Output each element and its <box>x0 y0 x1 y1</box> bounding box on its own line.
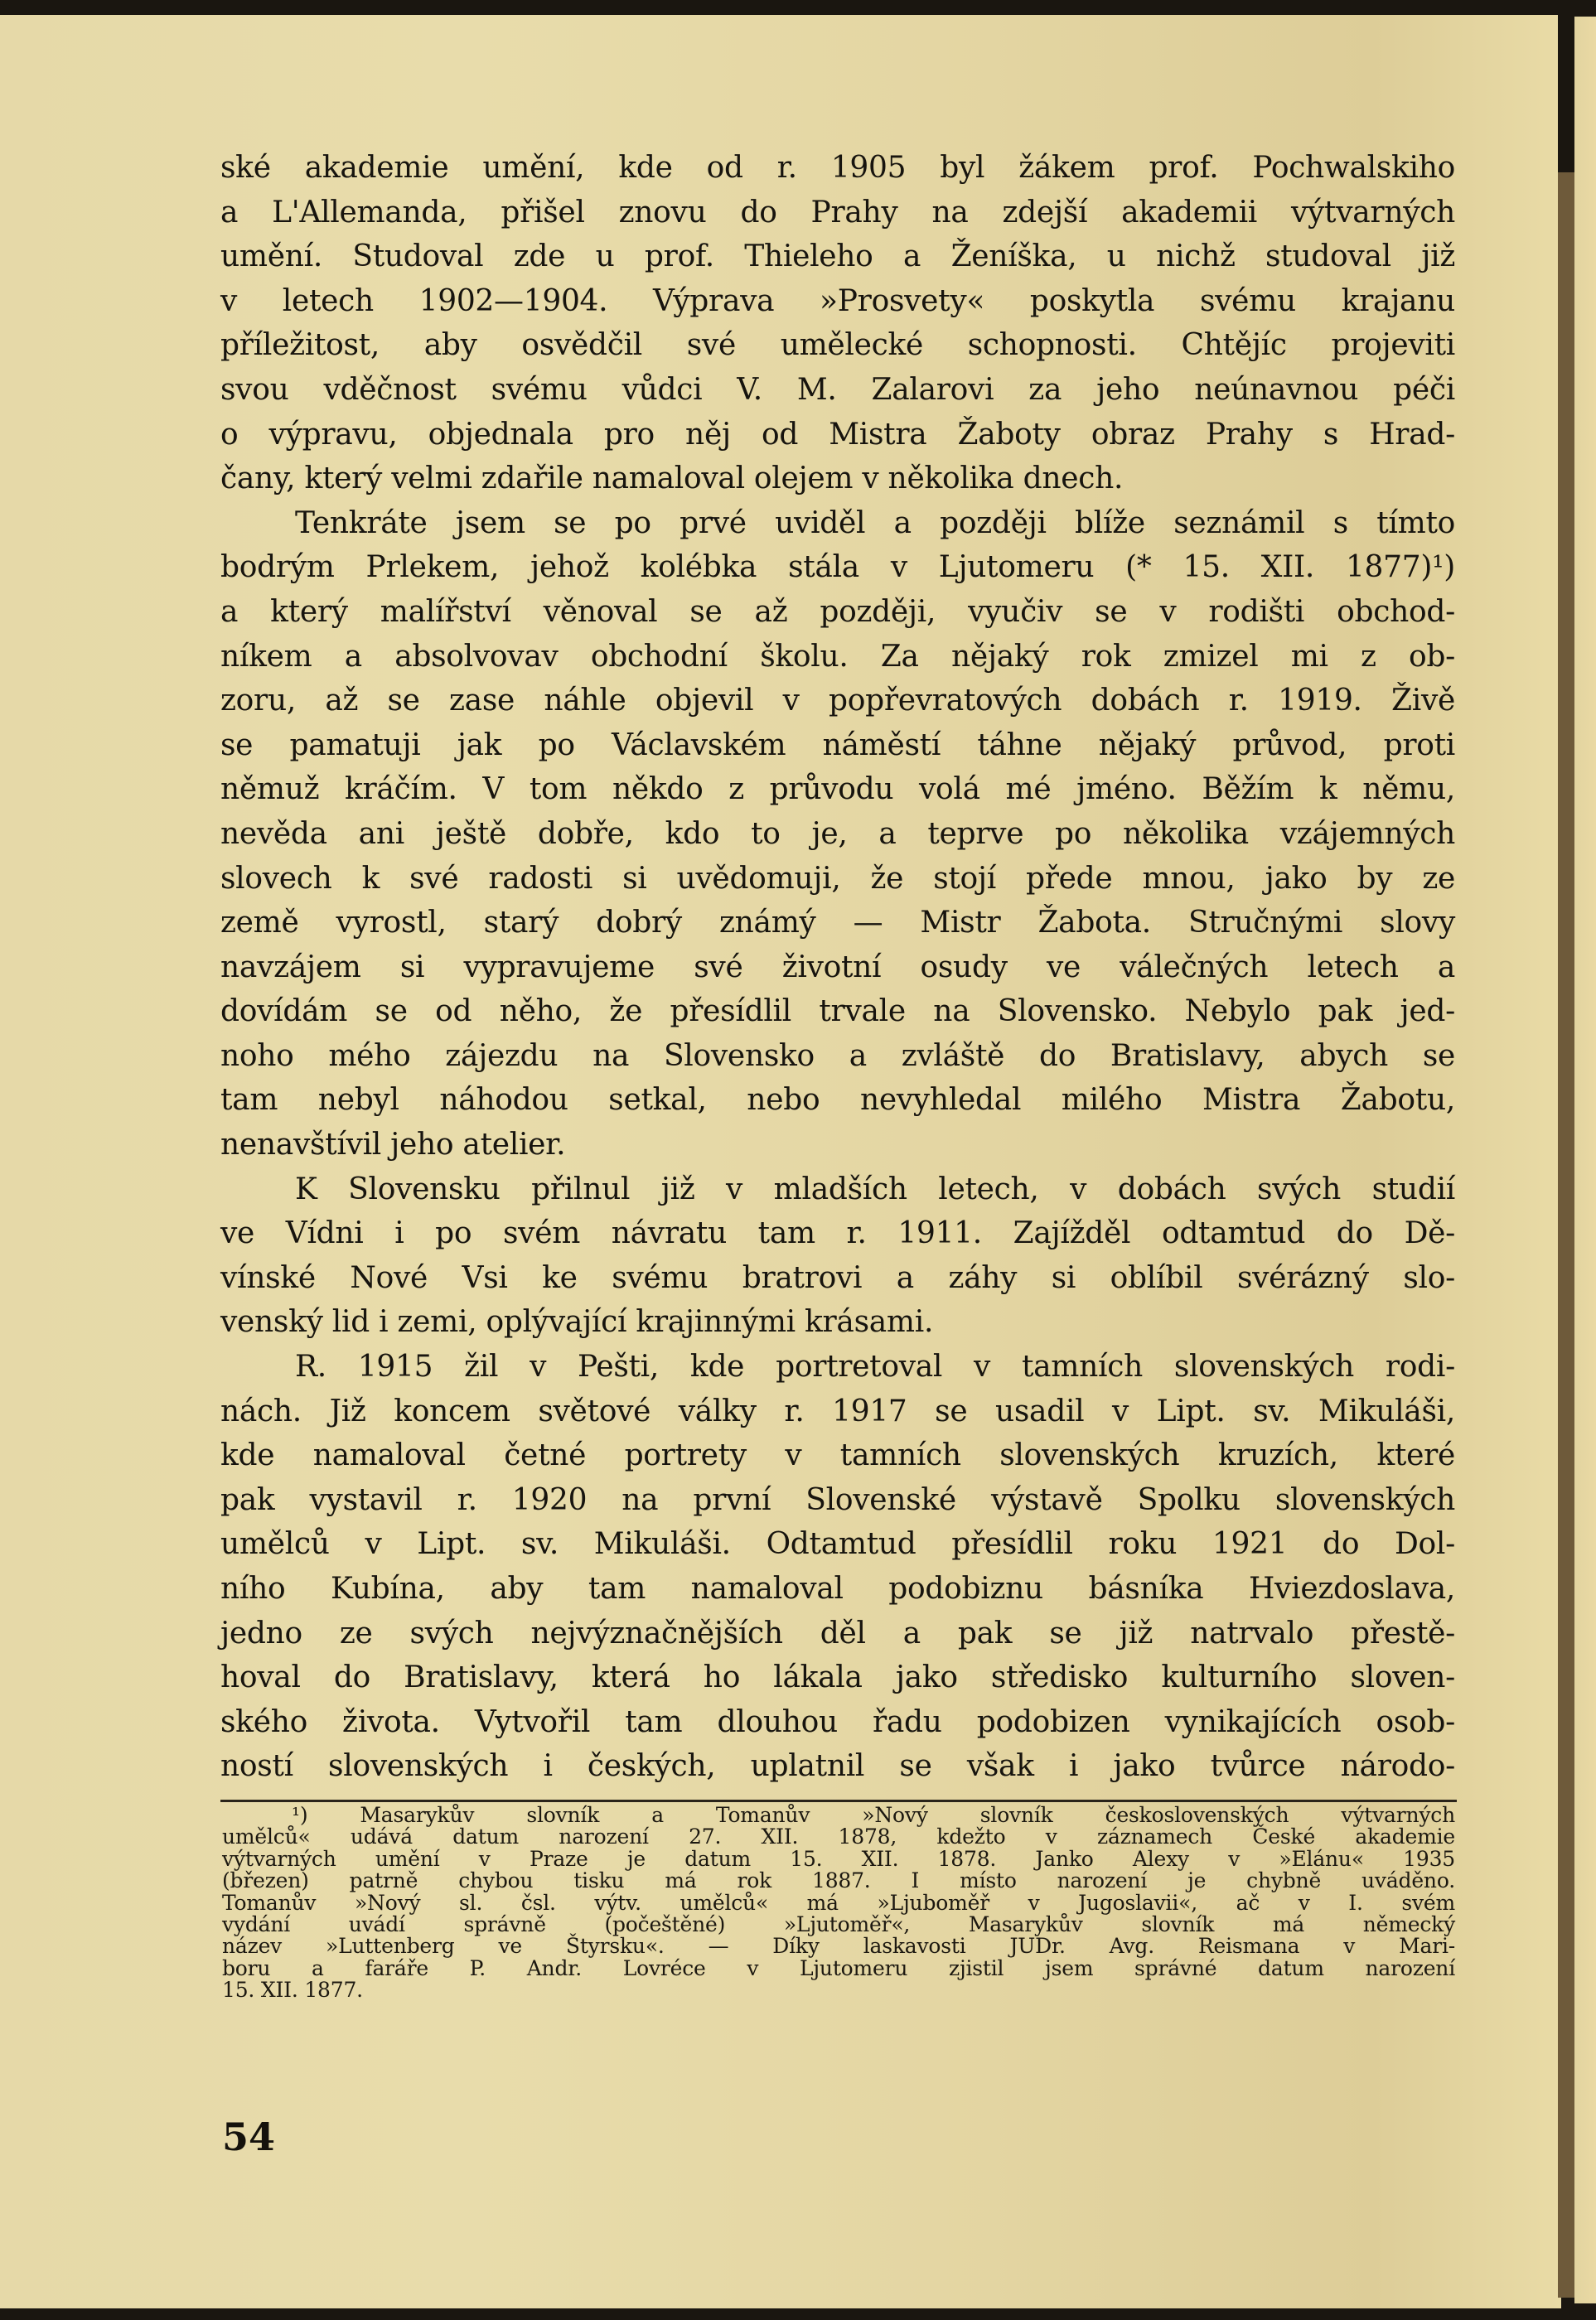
text-line: pak vystavil r. 1920 na první Slovenské … <box>220 1478 1455 1523</box>
text-line: kde namaloval četné portrety v tamních s… <box>220 1433 1455 1478</box>
text-line: čany, který velmi zdařile namaloval olej… <box>220 457 1455 501</box>
text-line: navzájem si vypravujeme své životní osud… <box>220 945 1455 990</box>
body-text: ské akademie umění, kde od r. 1905 byl ž… <box>220 146 1455 1789</box>
text-line: nách. Již koncem světové války r. 1917 s… <box>220 1390 1455 1434</box>
page-frame-bottom <box>0 2308 1596 2320</box>
paragraph-start-line: R. 1915 žil v Pešti, kde portretoval v t… <box>220 1345 1455 1390</box>
text-line: svou vděčnost svému vůdci V. M. Zalarovi… <box>220 368 1455 413</box>
text-line: venský lid i zemi, oplývající krajinnými… <box>220 1300 1455 1345</box>
text-line: bodrým Prlekem, jehož kolébka stála v Lj… <box>220 545 1455 590</box>
text-line: a L'Allemanda, přišel znovu do Prahy na … <box>220 191 1455 235</box>
text-line: a který malířství věnoval se až později,… <box>220 590 1455 635</box>
text-line: němuž kráčím. V tom někdo z průvodu volá… <box>220 767 1455 812</box>
page-number: 54 <box>222 2115 275 2159</box>
page-frame-edge <box>1558 0 1574 174</box>
text-line: o výpravu, objednala pro něj od Mistra Ž… <box>220 413 1455 457</box>
text-line: vínské Nové Vsi ke svému bratrovi a záhy… <box>220 1256 1455 1301</box>
text-line: slovech k své radosti si uvědomuji, že s… <box>220 857 1455 901</box>
footnote-line: (březen) patrně chybou tisku má rok 1887… <box>222 1870 1455 1892</box>
text-line: ního Kubína, aby tam namaloval podobiznu… <box>220 1567 1455 1612</box>
footnote-line: boru a faráře P. Andr. Lovréce v Ljutome… <box>222 1958 1455 1979</box>
text-line: příležitost, aby osvědčil své umělecké s… <box>220 323 1455 368</box>
footnote-line: vydání uvádí správně (počeštěné) »Ljutom… <box>222 1914 1455 1936</box>
footnote-line: Tomanův »Nový sl. čsl. výtv. umělců« má … <box>222 1892 1455 1914</box>
text-line: níkem a absolvovav obchodní školu. Za ně… <box>220 635 1455 679</box>
text-line: ské akademie umění, kde od r. 1905 byl ž… <box>220 146 1455 191</box>
book-spine-strip <box>1558 172 1574 2298</box>
adjacent-page-edge <box>1574 17 1596 2303</box>
footnote-line: 15. XII. 1877. <box>222 1979 1455 2001</box>
text-line: ského života. Vytvořil tam dlouhou řadu … <box>220 1700 1455 1745</box>
text-line: noho mého zájezdu na Slovensko a zvláště… <box>220 1034 1455 1079</box>
text-line: zoru, až se zase náhle objevil v popřevr… <box>220 679 1455 723</box>
text-line: umění. Studoval zde u prof. Thieleho a Ž… <box>220 234 1455 279</box>
footnote-line: výtvarných umění v Praze je datum 15. XI… <box>222 1849 1455 1870</box>
text-line: nenavštívil jeho atelier. <box>220 1123 1455 1167</box>
footnote-line: název »Luttenberg ve Štyrsku«. — Díky la… <box>222 1936 1455 1957</box>
text-line: jedno ze svých nejvýznačnějších děl a pa… <box>220 1612 1455 1656</box>
paragraph-start-line: Tenkráte jsem se po prvé uviděl a pozděj… <box>220 501 1455 546</box>
text-line: tam nebyl náhodou setkal, nebo nevyhleda… <box>220 1078 1455 1123</box>
text-line: ve Vídni i po svém návratu tam r. 1911. … <box>220 1211 1455 1256</box>
footnote-separator-rule <box>220 1800 1457 1802</box>
text-line: dovídám se od něho, že přesídlil trvale … <box>220 989 1455 1034</box>
text-line: ností slovenských i českých, uplatnil se… <box>220 1744 1455 1789</box>
footnote-line: ¹) Masarykův slovník a Tomanův »Nový slo… <box>222 1805 1455 1826</box>
footnotes: ¹) Masarykův slovník a Tomanův »Nový slo… <box>222 1805 1455 2002</box>
text-line: hoval do Bratislavy, která ho lákala jak… <box>220 1655 1455 1700</box>
text-line: v letech 1902—1904. Výprava »Prosvety« p… <box>220 279 1455 324</box>
paragraph-start-line: K Slovensku přilnul již v mladších letec… <box>220 1167 1455 1212</box>
footnote-line: umělců« udává datum narození 27. XII. 18… <box>222 1826 1455 1848</box>
text-line: země vyrostl, starý dobrý známý — Mistr … <box>220 901 1455 945</box>
text-line: nevěda ani ještě dobře, kdo to je, a tep… <box>220 812 1455 857</box>
text-line: se pamatuji jak po Václavském náměstí tá… <box>220 723 1455 768</box>
text-line: umělců v Lipt. sv. Mikuláši. Odtamtud př… <box>220 1522 1455 1567</box>
